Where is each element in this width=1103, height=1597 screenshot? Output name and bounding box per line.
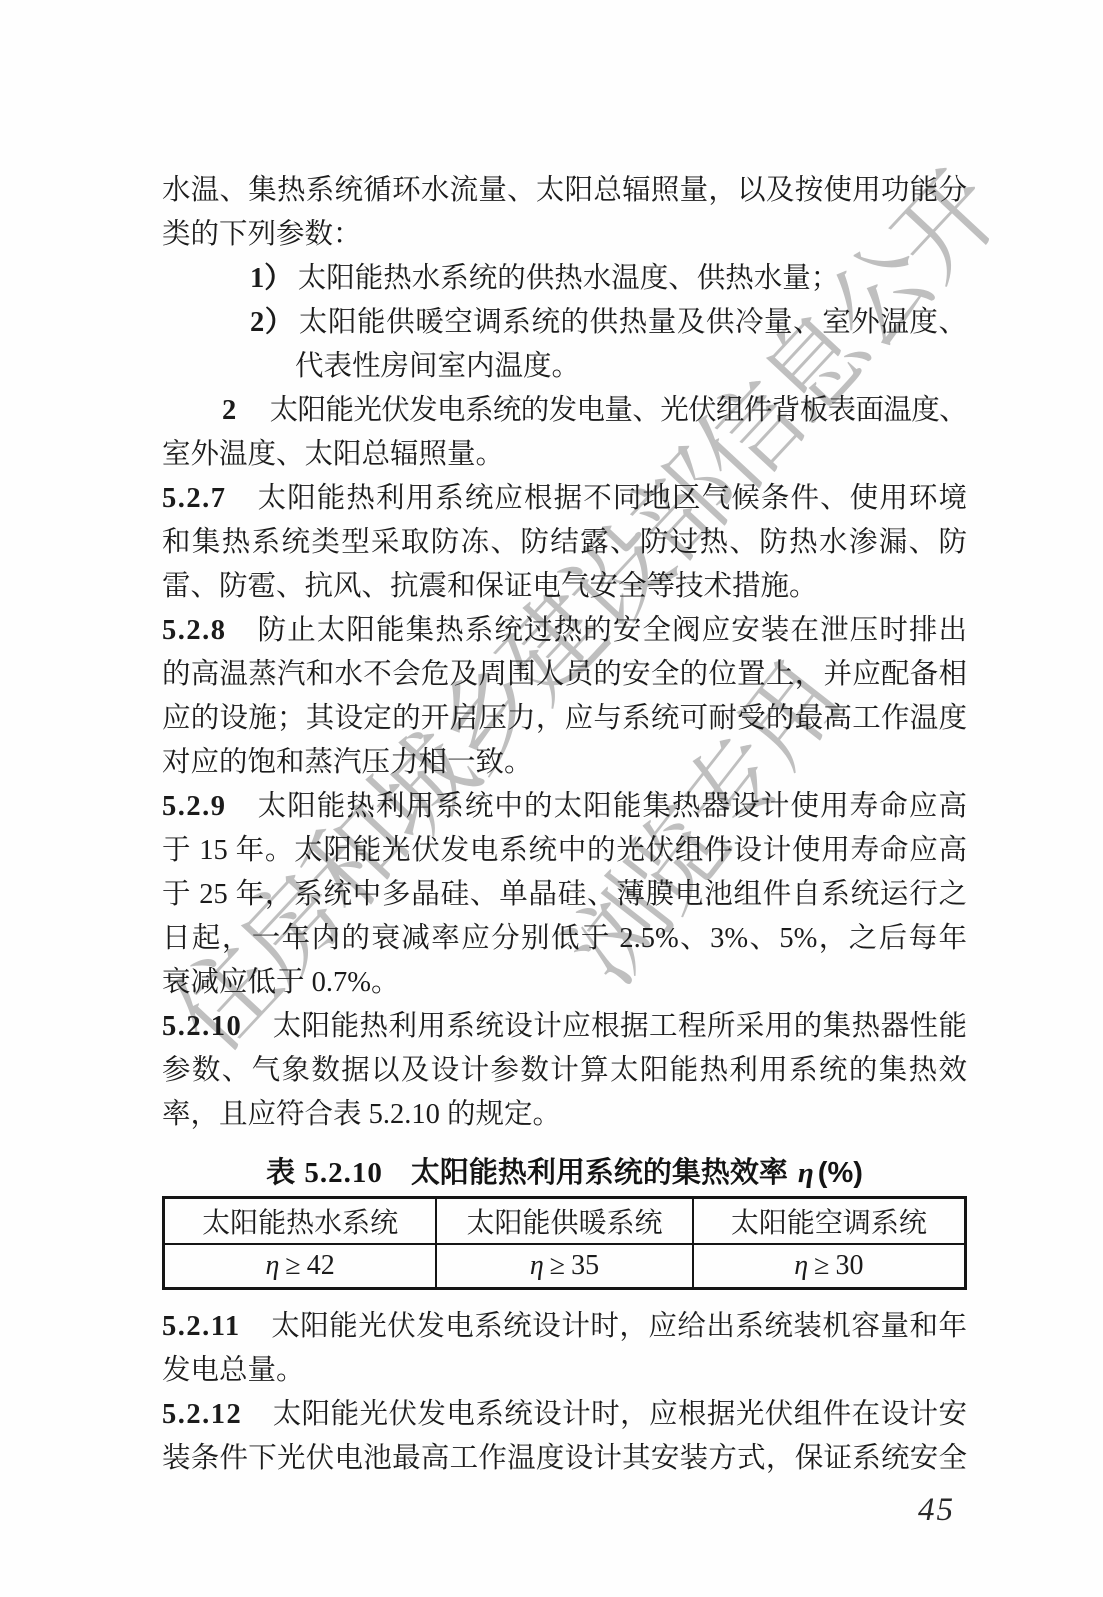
text-line: 5.2.8防止太阳能集热系统过热的安全阀应安装在泄压时排出: [162, 609, 967, 653]
clause-number: 5.2.7: [162, 483, 227, 514]
text-line: 应的设施；其设定的开启压力，应与系统可耐受的最高工作温度: [162, 697, 967, 741]
eta-symbol: η: [266, 1250, 280, 1281]
clause-number: 2: [222, 395, 236, 426]
document-page: 水温、集热系统循环水流量、太阳总辐照量，以及按使用功能分类的下列参数：1）太阳能…: [0, 0, 1103, 1597]
clause-number: 5.2.9: [162, 791, 227, 822]
line-text: 的高温蒸汽和水不会危及周围人员的安全的位置上，并应配备相: [162, 659, 967, 690]
clause-number: 5.2.11: [162, 1311, 241, 1342]
geq-symbol: ≥: [814, 1250, 829, 1281]
text-line: 于 25 年，系统中多晶硅、单晶硅、薄膜电池组件自系统运行之: [162, 873, 967, 917]
table-header-row: 太阳能热水系统 太阳能供暖系统 太阳能空调系统: [164, 1198, 966, 1245]
line-text: 太阳能光伏发电系统的发电量、光伏组件背板表面温度、: [270, 395, 967, 426]
line-text: 太阳能热利用系统应根据不同地区气候条件、使用环境: [257, 483, 968, 514]
table-header-air-conditioning: 太阳能空调系统: [693, 1198, 966, 1245]
line-text: 类的下列参数：: [162, 219, 362, 250]
text-line: 5.2.11太阳能光伏发电系统设计时，应给出系统装机容量和年: [162, 1305, 967, 1349]
eta-symbol: η: [530, 1250, 544, 1281]
line-text: 发电总量。: [162, 1355, 305, 1386]
list-item-marker: 2）: [250, 307, 294, 338]
line-text: 应的设施；其设定的开启压力，应与系统可耐受的最高工作温度: [162, 703, 967, 734]
table-value-row: η≥42 η≥35 η≥30: [164, 1244, 966, 1289]
text-line: 日起，一年内的衰减率应分别低于 2.5%、3%、5%，之后每年: [162, 917, 967, 961]
efficiency-value: 30: [835, 1250, 863, 1281]
line-text: 太阳能供暖空调系统的供热量及供冷量、室外温度、: [299, 307, 967, 338]
geq-symbol: ≥: [550, 1250, 565, 1281]
text-line: 对应的饱和蒸汽压力相一致。: [162, 741, 967, 785]
line-text: 和集热系统类型采取防冻、防结露、防过热、防热水渗漏、防: [162, 527, 967, 558]
line-text: 太阳能光伏发电系统设计时，应给出系统装机容量和年: [271, 1311, 967, 1342]
table-caption-unit: (%): [818, 1157, 863, 1189]
line-text: 太阳能热水系统的供热水温度、供热水量；: [298, 263, 840, 294]
line-text: 日起，一年内的衰减率应分别低于 2.5%、3%、5%，之后每年: [162, 923, 967, 954]
page-number: 45: [918, 1492, 955, 1529]
text-line: 室外温度、太阳总辐照量。: [162, 433, 967, 477]
text-line: 于 15 年。太阳能光伏发电系统中的光伏组件设计使用寿命应高: [162, 829, 967, 873]
text-line: 2太阳能光伏发电系统的发电量、光伏组件背板表面温度、: [162, 389, 967, 433]
clause-number: 5.2.8: [162, 615, 227, 646]
line-text: 太阳能光伏发电系统设计时，应根据光伏组件在设计安: [272, 1399, 967, 1430]
table-value-1: η≥35: [436, 1244, 692, 1289]
text-line: 率，且应符合表 5.2.10 的规定。: [162, 1093, 967, 1137]
collector-efficiency-table: 太阳能热水系统 太阳能供暖系统 太阳能空调系统 η≥42 η≥35 η≥30: [162, 1196, 967, 1290]
text-line: 代表性房间室内温度。: [162, 345, 967, 389]
body-text-block-1: 水温、集热系统循环水流量、太阳总辐照量，以及按使用功能分类的下列参数：1）太阳能…: [162, 169, 967, 1137]
line-text: 参数、气象数据以及设计参数计算太阳能热利用系统的集热效: [162, 1055, 967, 1086]
table-header-hot-water: 太阳能热水系统: [164, 1198, 437, 1245]
text-line: 5.2.7太阳能热利用系统应根据不同地区气候条件、使用环境: [162, 477, 967, 521]
efficiency-value: 35: [571, 1250, 599, 1281]
text-line: 水温、集热系统循环水流量、太阳总辐照量，以及按使用功能分: [162, 169, 967, 213]
line-text: 衰减应低于 0.7%。: [162, 967, 400, 998]
table-header-heating: 太阳能供暖系统: [436, 1198, 692, 1245]
efficiency-value: 42: [307, 1250, 335, 1281]
text-line: 的高温蒸汽和水不会危及周围人员的安全的位置上，并应配备相: [162, 653, 967, 697]
line-text: 雷、防雹、抗风、抗震和保证电气安全等技术措施。: [162, 571, 818, 602]
list-item-marker: 1）: [250, 263, 293, 294]
geq-symbol: ≥: [285, 1250, 300, 1281]
eta-symbol: η: [794, 1250, 808, 1281]
text-line: 参数、气象数据以及设计参数计算太阳能热利用系统的集热效: [162, 1049, 967, 1093]
text-line: 5.2.12太阳能光伏发电系统设计时，应根据光伏组件在设计安: [162, 1393, 967, 1437]
text-line: 和集热系统类型采取防冻、防结露、防过热、防热水渗漏、防: [162, 521, 967, 565]
line-text: 太阳能热利用系统中的太阳能集热器设计使用寿命应高: [257, 791, 968, 822]
text-line: 5.2.9太阳能热利用系统中的太阳能集热器设计使用寿命应高: [162, 785, 967, 829]
text-line: 雷、防雹、抗风、抗震和保证电气安全等技术措施。: [162, 565, 967, 609]
text-line: 类的下列参数：: [162, 213, 967, 257]
line-text: 装条件下光伏电池最高工作温度设计其安装方式，保证系统安全: [162, 1443, 967, 1474]
line-text: 防止太阳能集热系统过热的安全阀应安装在泄压时排出: [257, 615, 968, 646]
text-line: 2）太阳能供暖空调系统的供热量及供冷量、室外温度、: [162, 301, 967, 345]
body-text-block-2: 5.2.11太阳能光伏发电系统设计时，应给出系统装机容量和年发电总量。5.2.1…: [162, 1305, 967, 1481]
clause-number: 5.2.10: [162, 1011, 242, 1042]
text-line: 发电总量。: [162, 1349, 967, 1393]
clause-number: 5.2.12: [162, 1399, 242, 1430]
line-text: 代表性房间室内温度。: [295, 351, 580, 382]
line-text: 率，且应符合表 5.2.10 的规定。: [162, 1099, 561, 1130]
table-caption-title: 太阳能热利用系统的集热效率: [411, 1157, 788, 1189]
line-text: 对应的饱和蒸汽压力相一致。: [162, 747, 533, 778]
text-line: 5.2.10太阳能热利用系统设计应根据工程所采用的集热器性能: [162, 1005, 967, 1049]
line-text: 室外温度、太阳总辐照量。: [162, 439, 504, 470]
table-caption-number: 表 5.2.10: [266, 1157, 383, 1189]
eta-symbol: η: [798, 1157, 814, 1189]
line-text: 于 25 年，系统中多晶硅、单晶硅、薄膜电池组件自系统运行之: [162, 879, 967, 910]
table-value-2: η≥30: [693, 1244, 966, 1289]
table-value-0: η≥42: [164, 1244, 437, 1289]
line-text: 太阳能热利用系统设计应根据工程所采用的集热器性能: [272, 1011, 967, 1042]
line-text: 于 15 年。太阳能光伏发电系统中的光伏组件设计使用寿命应高: [162, 835, 967, 866]
text-line: 1）太阳能热水系统的供热水温度、供热水量；: [162, 257, 967, 301]
text-line: 装条件下光伏电池最高工作温度设计其安装方式，保证系统安全: [162, 1437, 967, 1481]
line-text: 水温、集热系统循环水流量、太阳总辐照量，以及按使用功能分: [162, 175, 967, 206]
table-caption: 表 5.2.10太阳能热利用系统的集热效率η(%): [162, 1150, 967, 1191]
text-line: 衰减应低于 0.7%。: [162, 961, 967, 1005]
